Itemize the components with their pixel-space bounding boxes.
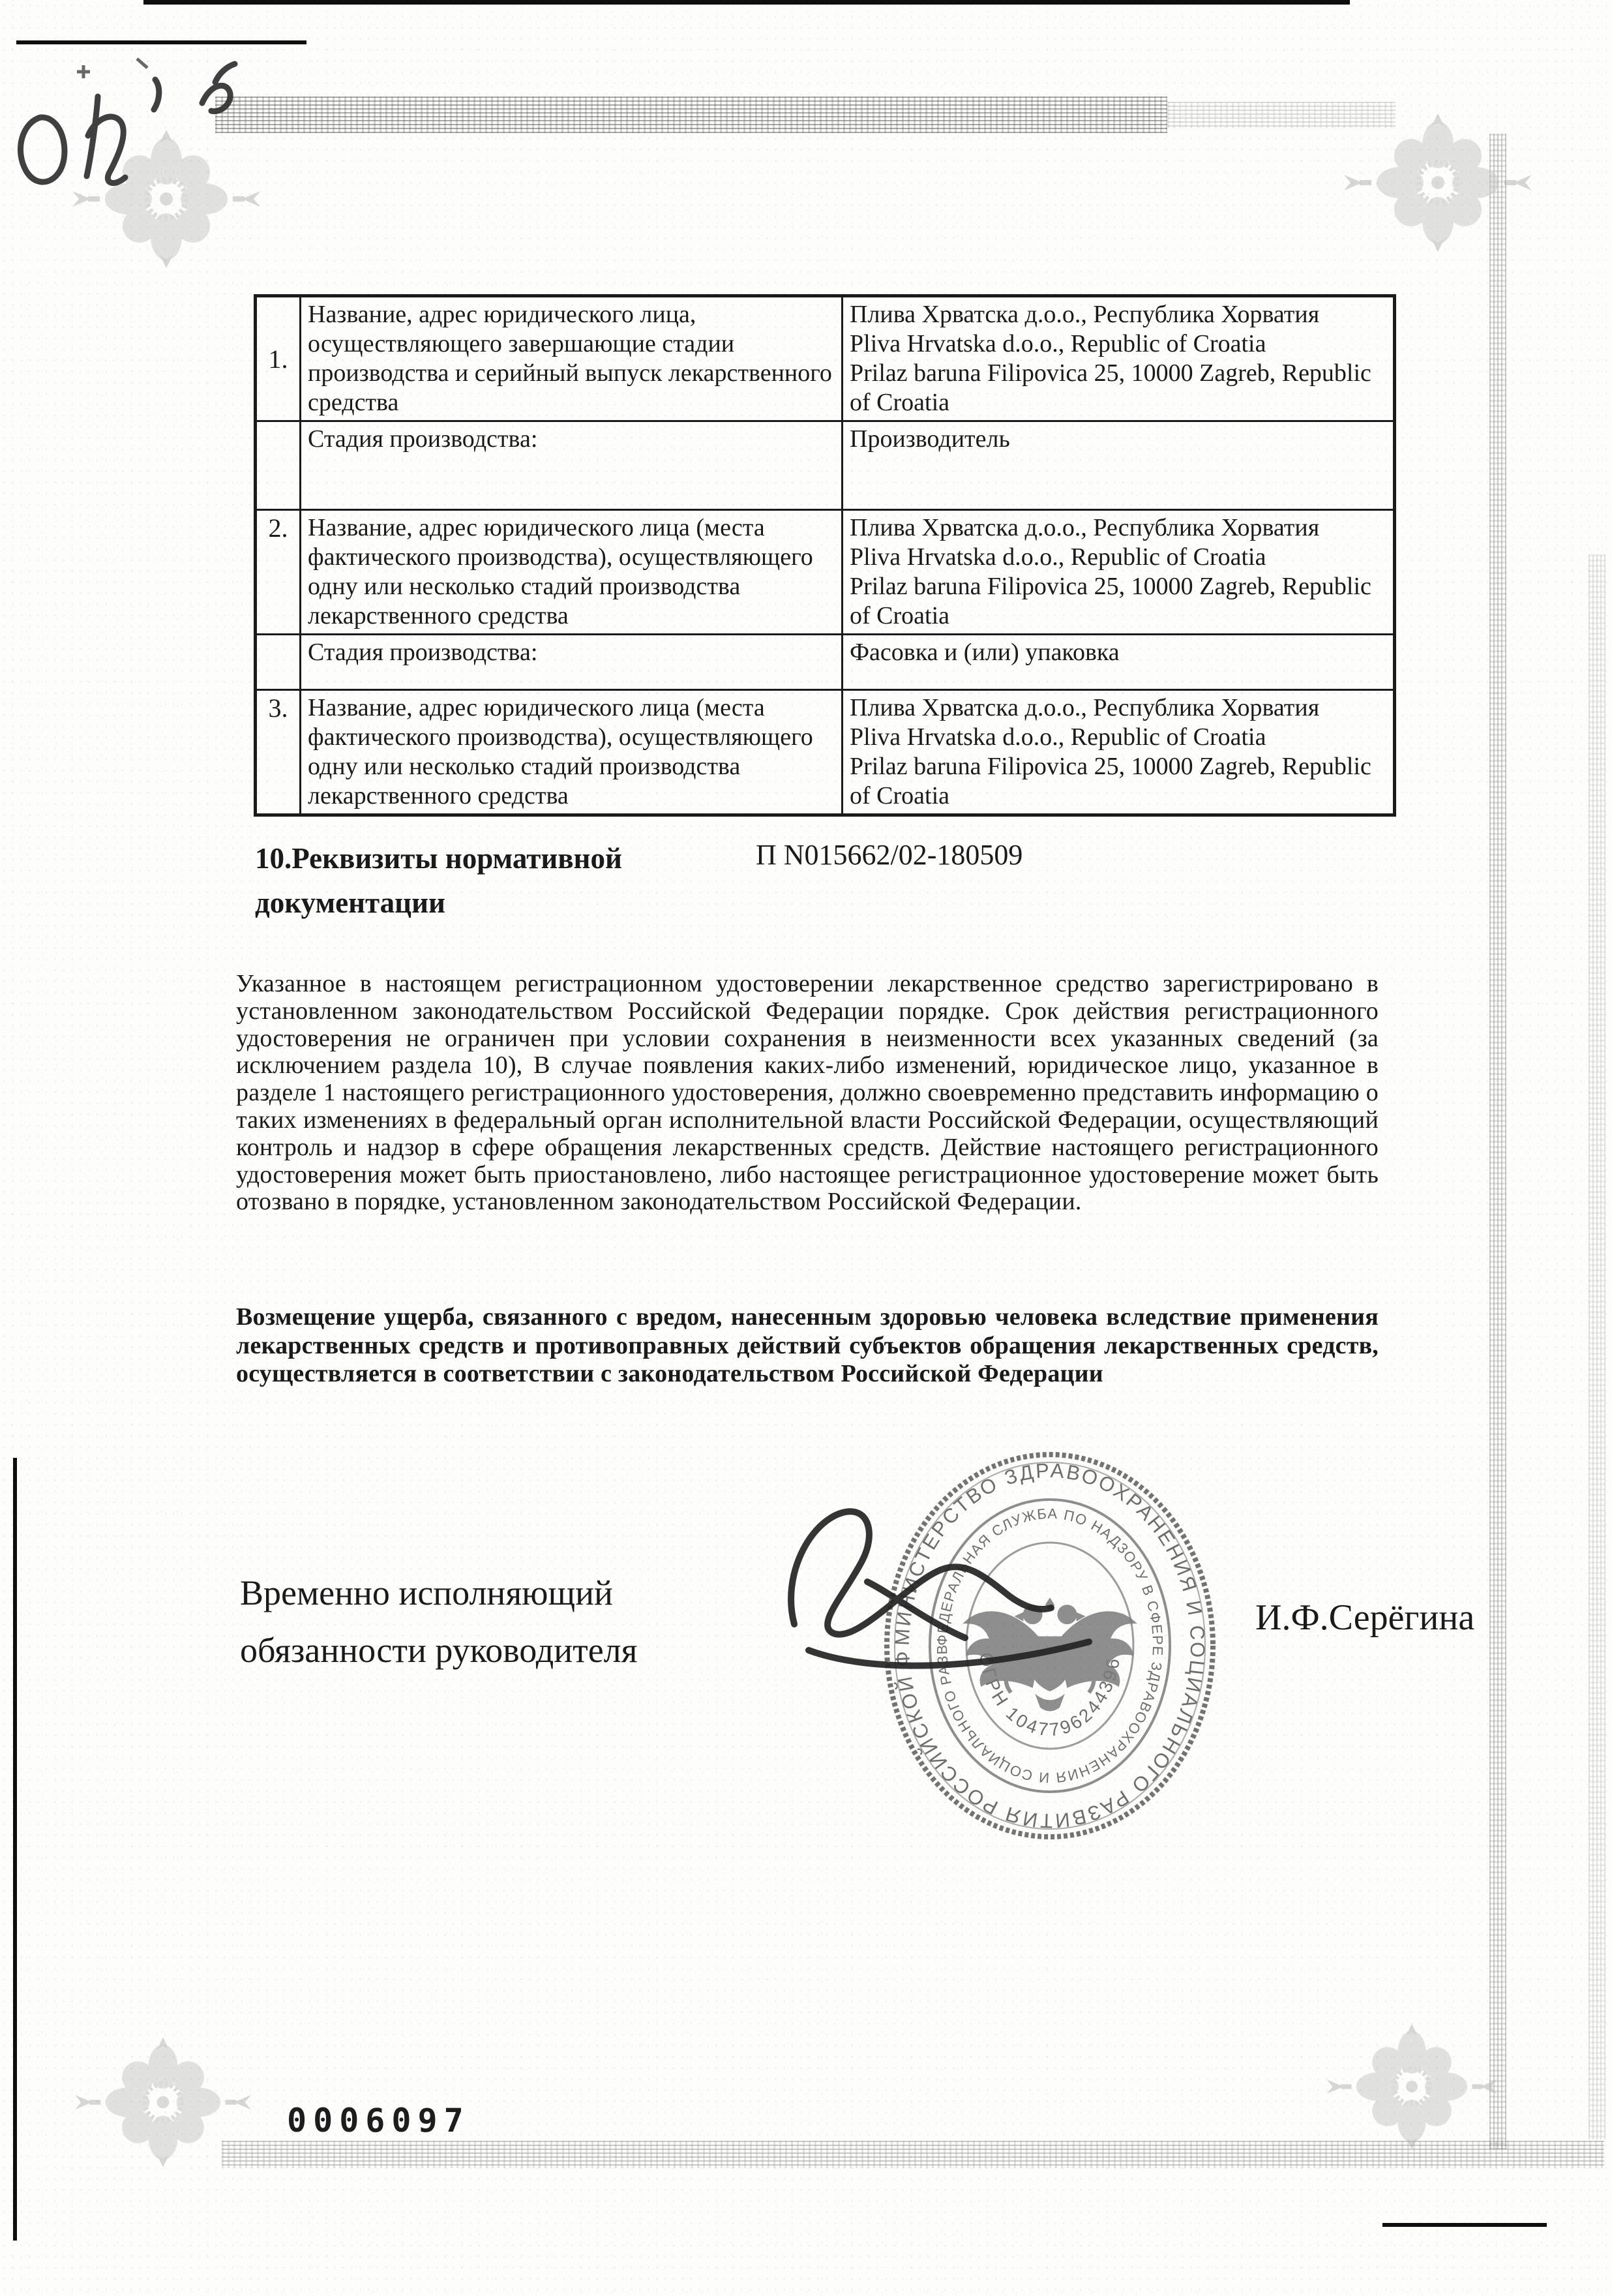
row-value: Производитель [843,421,1395,510]
certificate-page: 1. Название, адрес юридического лица, ос… [0,0,1612,2296]
row-label: Стадия производства: [301,635,843,690]
guilloche-border-top [215,97,1167,133]
row-number: 1. [256,296,301,421]
scan-artifact-line [13,1458,17,2241]
table-row: Стадия производства: Производитель [256,421,1395,510]
row-label: Название, адрес юридического лица, осуще… [301,296,843,421]
row-value: Плива Хрватска д.о.о., Республика Хорват… [843,296,1395,421]
row-number [256,635,301,690]
handwritten-mark [0,20,261,215]
legal-paragraph: Указанное в настоящем регистрационном уд… [236,971,1379,1216]
guilloche-border-right [1489,134,1506,2149]
rosette-ornament [1317,2016,1506,2158]
row-number [256,421,301,510]
row-value: Плива Хрватска д.о.о., Республика Хорват… [843,510,1395,635]
row-value: Плива Хрватска д.о.о., Республика Хорват… [843,690,1395,815]
form-serial-number: 0006097 [287,2102,470,2139]
row-number: 2. [256,510,301,635]
table-row: 3. Название, адрес юридического лица (ме… [256,690,1395,815]
table-row: 1. Название, адрес юридического лица, ос… [256,296,1395,421]
row-label: Название, адрес юридического лица (места… [301,510,843,635]
liability-paragraph: Возмещение ущерба, связанного с вредом, … [236,1303,1379,1389]
row-value: Фасовка и (или) упаковка [843,635,1395,690]
row-label: Название, адрес юридического лица (места… [301,690,843,815]
signatory-name: И.Ф.Серёгина [1255,1597,1474,1639]
signature-scribble [769,1484,1135,1699]
table-row: Стадия производства: Фасовка и (или) упа… [256,635,1395,690]
signatory-title: Временно исполняющий обязанности руковод… [240,1564,683,1679]
manufacturers-table: 1. Название, адрес юридического лица, ос… [254,294,1396,817]
registration-number: П N015662/02-180509 [756,838,1022,871]
scan-artifact-line [143,0,1350,5]
rosette-ornament [65,2029,261,2176]
scan-artifact-line [1382,2223,1547,2227]
table-row: 2. Название, адрес юридического лица (ме… [256,510,1395,635]
section-10-heading: 10.Реквизиты нормативной документации [255,836,689,925]
rosette-ornament [1334,104,1542,261]
guilloche-border-right [1589,554,1605,2139]
row-number: 3. [256,690,301,815]
row-label: Стадия производства: [301,421,843,510]
